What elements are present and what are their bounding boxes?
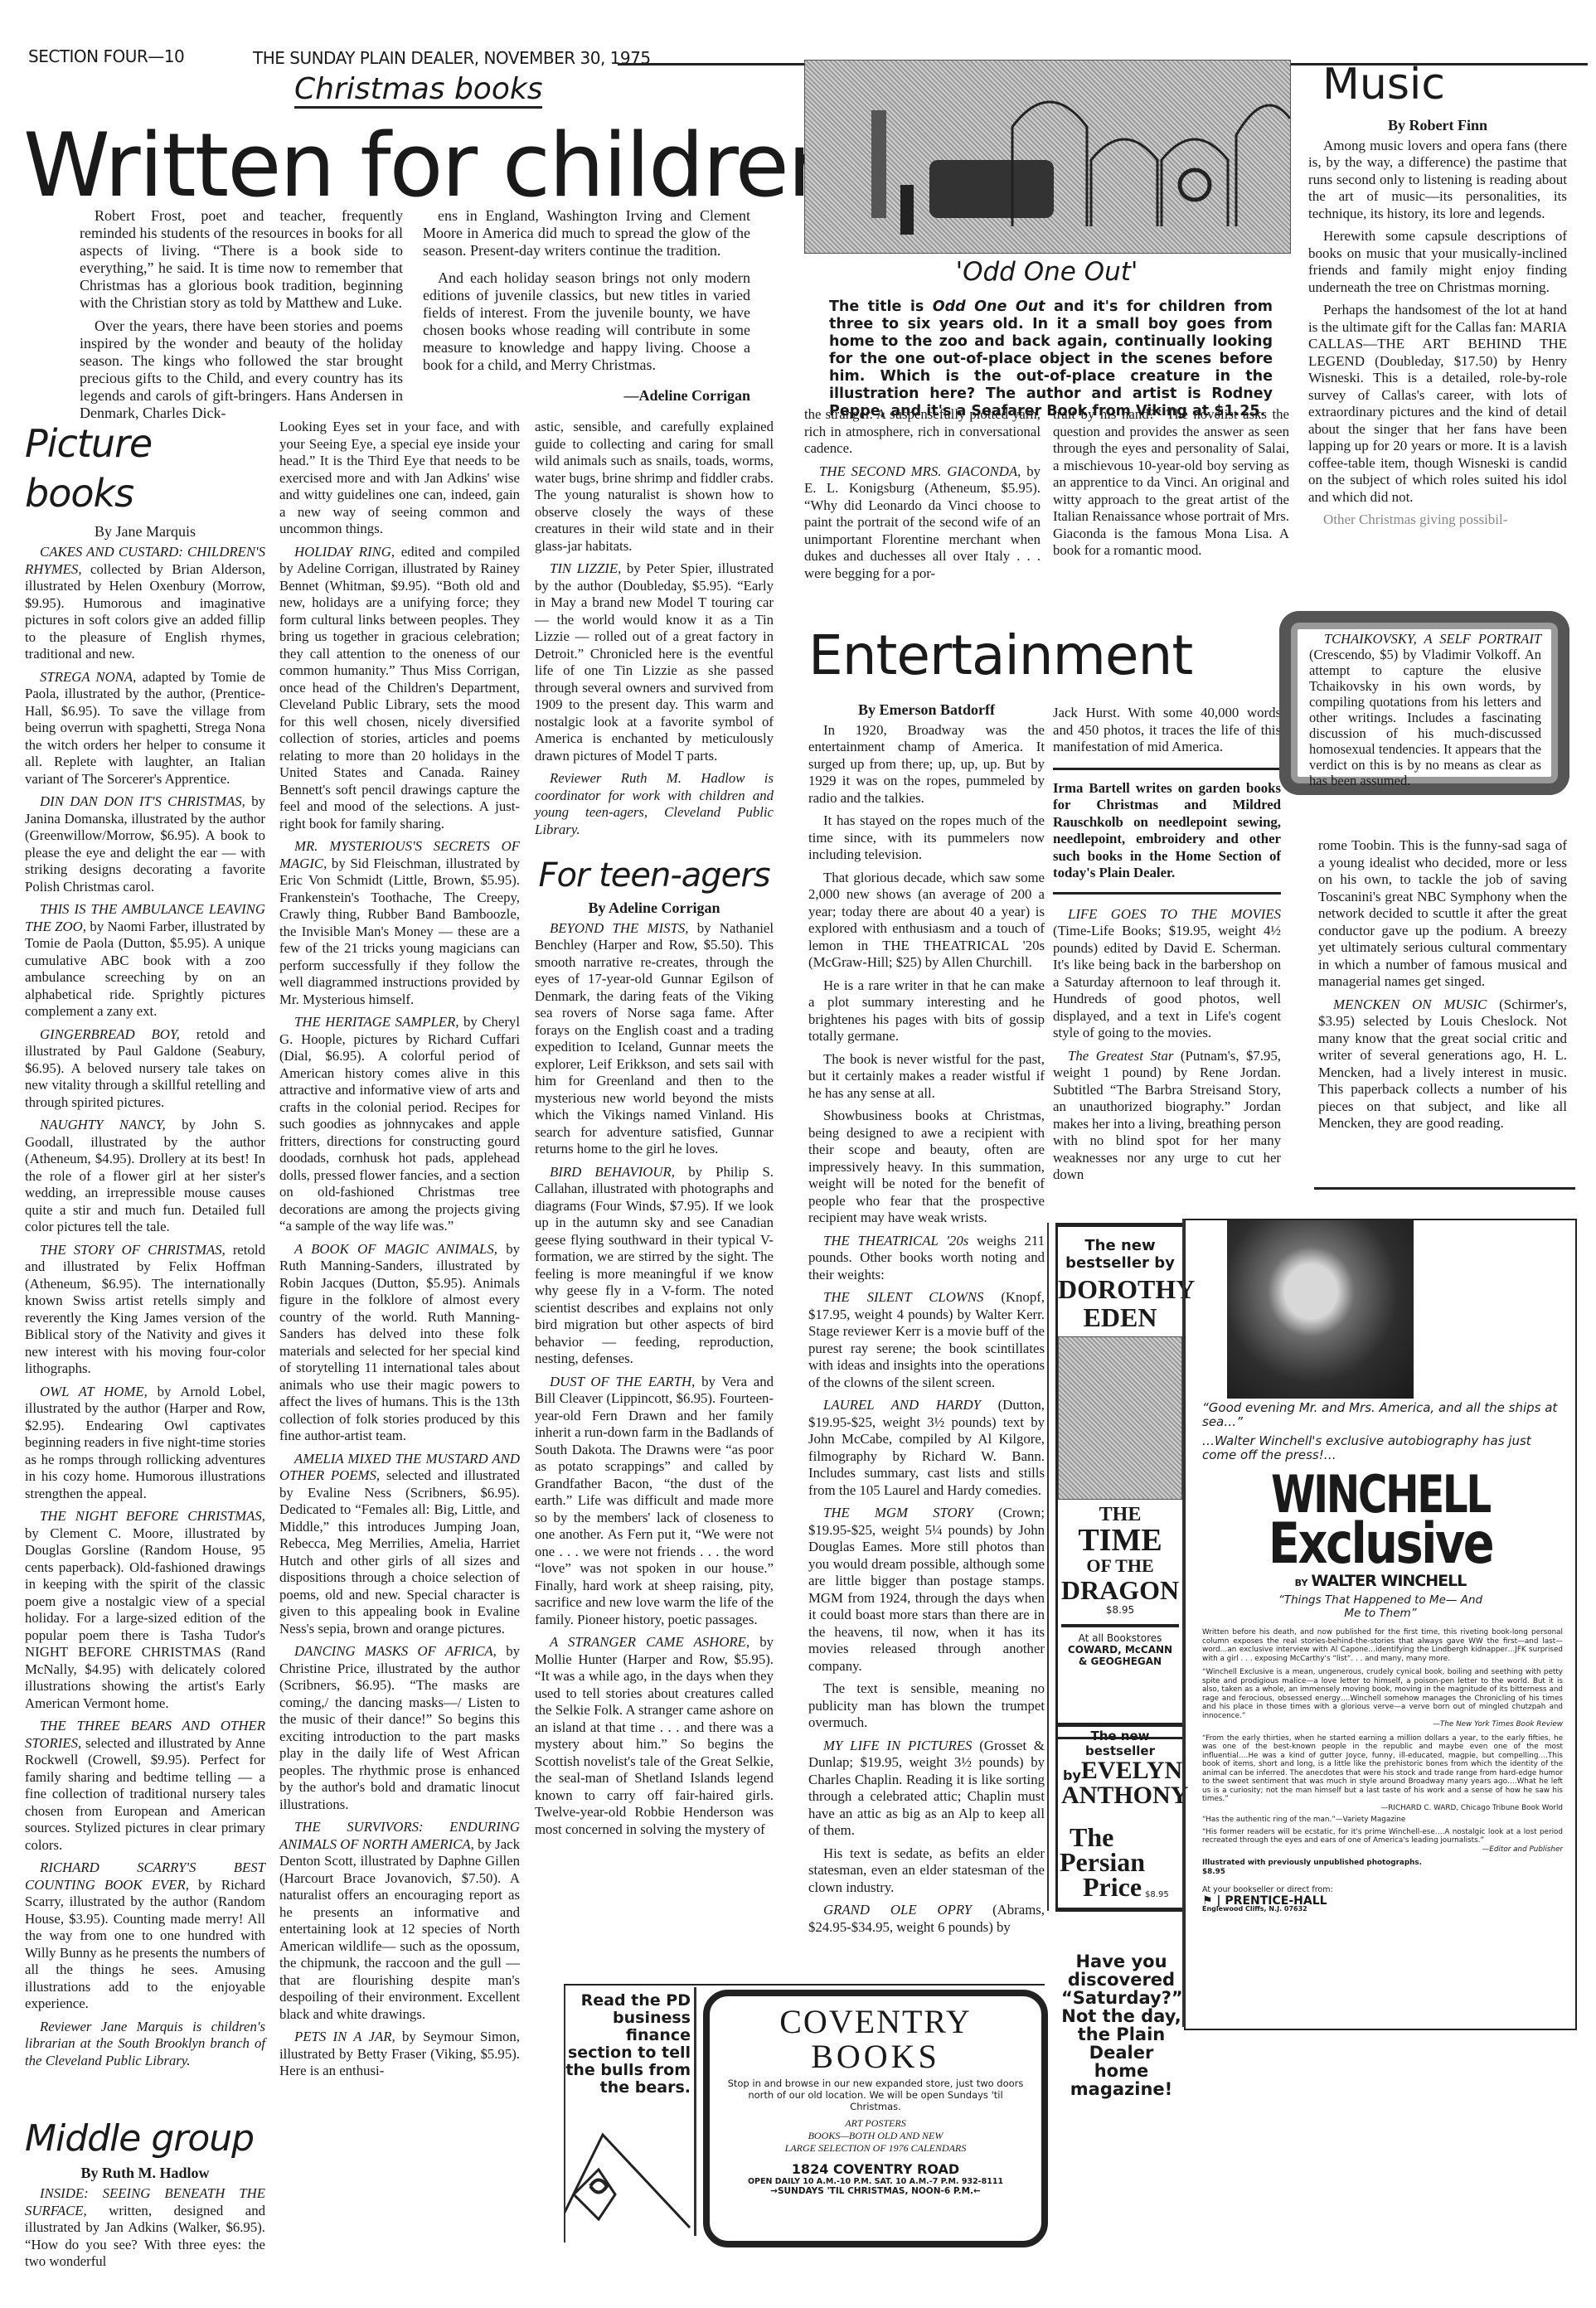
intro-column-2: ens in England, Washington Irving and Cl… bbox=[423, 207, 750, 405]
tchaikovsky-highlight-box: TCHAIKOVSKY, A SELF PORTRAIT (Crescendo,… bbox=[1279, 611, 1569, 795]
review-item: He is a rare writer in that he can make … bbox=[808, 977, 1045, 1045]
review-item: A BOOK OF MAGIC ANIMALS, by Ruth Manning… bbox=[279, 1241, 520, 1445]
picture-books-column-3: astic, sensible, and carefully explained… bbox=[535, 419, 774, 1844]
teenagers-byline: By Adeline Corrigan bbox=[535, 899, 774, 917]
music-column: By Robert Finn Among music lovers and op… bbox=[1308, 112, 1567, 535]
review-item: Herewith some capsule descriptions of bo… bbox=[1308, 228, 1567, 296]
review-item: DANCING MASKS OF AFRICA, by Christine Pr… bbox=[279, 1643, 520, 1813]
review-item: His text is sedate, as befits an elder s… bbox=[808, 1845, 1045, 1897]
review-item: DUST OF THE EARTH, by Vera and Bill Clea… bbox=[535, 1374, 774, 1629]
review-item: NAUGHTY NANCY, by John S. Goodall, illus… bbox=[25, 1117, 265, 1236]
evelyn-anthony-ad: The new bestseller by EVELYN ANTHONY The… bbox=[1055, 1723, 1185, 1912]
review-item: Looking Eyes set in your face, and with … bbox=[279, 419, 520, 538]
review-item: DIN DAN DON IT'S CHRISTMAS, by Janina Do… bbox=[25, 793, 265, 895]
prentice-hall-logo: ⚑ | PRENTICE-HALL bbox=[1202, 1897, 1563, 1906]
section-kicker: Christmas books bbox=[294, 73, 542, 109]
review-item: Showbusiness books at Christmas, being d… bbox=[808, 1108, 1045, 1227]
pd-business-ad: Read the PD business finance section to … bbox=[565, 1987, 696, 2236]
review-item: THE THREE BEARS AND OTHER STORIES, selec… bbox=[25, 1718, 265, 1854]
music-column-cont: rome Toobin. This is the funny-sad saga … bbox=[1318, 837, 1567, 1138]
middle-group-heading: Middle group bbox=[25, 2118, 265, 2160]
review-item: MY LIFE IN PICTURES (Grosset & Dunlap; $… bbox=[808, 1738, 1045, 1840]
review-item: THE SILENT CLOWNS (Knopf, $17.95, weight… bbox=[808, 1289, 1045, 1391]
review-item: Among music lovers and opera fans (there… bbox=[1308, 138, 1567, 223]
review-item: RICHARD SCARRY'S BEST COUNTING BOOK EVER… bbox=[25, 1859, 265, 2013]
intro-signature: —Adeline Corrigan bbox=[423, 387, 750, 405]
review-item: THE SURVIVORS: ENDURING ANIMALS OF NORTH… bbox=[279, 1819, 520, 2023]
review-item: GRAND OLE OPRY (Abrams, $24.95-$34.95, w… bbox=[808, 1902, 1045, 1936]
picture-books-heading: Picture books bbox=[25, 419, 265, 518]
review-item: It has stayed on the ropes much of the t… bbox=[808, 812, 1045, 864]
review-item: TCHAIKOVSKY, A SELF PORTRAIT (Crescendo,… bbox=[1309, 631, 1541, 788]
teenagers-section: For teen-agers By Adeline Corrigan BEYON… bbox=[535, 856, 774, 1838]
winchell-portrait bbox=[1227, 1220, 1414, 1399]
winchell-exclusive-ad: “Good evening Mr. and Mrs. America, and … bbox=[1184, 1219, 1577, 2030]
review-item: In 1920, Broadway was the entertainment … bbox=[808, 722, 1045, 807]
review-item: THE THEATRICAL '20s weighs 211 pounds. O… bbox=[808, 1233, 1045, 1284]
review-item: trait by his hand?” The novelist asks th… bbox=[1053, 406, 1289, 560]
review-item: TIN LIZZIE, by Peter Spier, illustrated … bbox=[535, 560, 774, 764]
review-item: AMELIA MIXED THE MUSTARD AND OTHER POEMS… bbox=[279, 1451, 520, 1638]
section-label: SECTION FOUR—10 bbox=[28, 46, 184, 66]
teenagers-cont-column-2: trait by his hand?” The novelist asks th… bbox=[1053, 406, 1289, 565]
paper-dateline: THE SUNDAY PLAIN DEALER, NOVEMBER 30, 19… bbox=[253, 48, 651, 68]
dorothy-eden-ad: The new bestseller by DOROTHY EDEN THE T… bbox=[1055, 1223, 1185, 1739]
review-item: HOLIDAY RING, edited and compiled by Ade… bbox=[279, 544, 520, 833]
entertainment-column-2: Jack Hurst. With some 40,000 words and 4… bbox=[1053, 705, 1281, 1190]
pagoda-illustration bbox=[1058, 1336, 1182, 1500]
review-item: CAKES AND CUSTARD: CHILDREN'S RHYMES, co… bbox=[25, 544, 265, 663]
review-item: THE SECOND MRS. GIACONDA, by E. L. Konig… bbox=[804, 463, 1041, 583]
review-item: Perhaps the handsomest of the lot at han… bbox=[1308, 302, 1567, 506]
picture-books-column-1: CAKES AND CUSTARD: CHILDREN'S RHYMES, co… bbox=[25, 544, 265, 2069]
review-item: MENCKEN ON MUSIC (Schirmer's, $3.95) sel… bbox=[1318, 996, 1567, 1132]
home-section-note: Irma Bartell writes on garden books for … bbox=[1053, 768, 1281, 895]
coventry-books-ad: COVENTRY BOOKS Stop in and browse in our… bbox=[703, 1990, 1048, 2247]
music-heading: Music bbox=[1322, 60, 1445, 109]
review-item: The book is never wistful for the past, … bbox=[808, 1051, 1045, 1103]
review-item: The Greatest Star (Putnam's, $7.95, weig… bbox=[1053, 1048, 1281, 1184]
review-item: rome Toobin. This is the funny-sad saga … bbox=[1318, 837, 1567, 991]
picture-books-section: Picture books By Jane Marquis CAKES AND … bbox=[25, 419, 265, 2075]
review-item: The text is sensible, meaning no publici… bbox=[808, 1680, 1045, 1732]
review-item: STREGA NONA, adapted by Tomie de Paola, … bbox=[25, 669, 265, 788]
review-item: Jack Hurst. With some 40,000 words and 4… bbox=[1053, 705, 1281, 756]
review-item: THE NIGHT BEFORE CHRISTMAS, by Clement C… bbox=[25, 1508, 265, 1712]
review-item: THE STORY OF CHRISTMAS, retold and illus… bbox=[25, 1242, 265, 1378]
picture-books-byline: By Jane Marquis bbox=[25, 523, 265, 541]
middle-group-section: Middle group By Ruth M. Hadlow INSIDE: S… bbox=[25, 2118, 265, 2276]
page-headline: Written for children bbox=[23, 116, 842, 216]
review-item: PETS IN A JAR, by Seymour Simon, illustr… bbox=[279, 2029, 520, 2080]
zoo-scene-icon bbox=[805, 61, 1290, 253]
music-byline: By Robert Finn bbox=[1308, 117, 1567, 134]
teenagers-heading: For teen-agers bbox=[535, 856, 774, 895]
review-item: BIRD BEHAVIOUR, by Philip S. Callahan, i… bbox=[535, 1164, 774, 1368]
reviewer-note: Reviewer Ruth M. Hadlow is coordinator f… bbox=[535, 770, 774, 838]
review-item: OWL AT HOME, by Arnold Lobel, illustrate… bbox=[25, 1384, 265, 1503]
intro-column-1: Robert Frost, poet and teacher, frequent… bbox=[80, 207, 403, 428]
review-item: THIS IS THE AMBULANCE LEAVING THE ZOO, b… bbox=[25, 901, 265, 1021]
middle-group-byline: By Ruth M. Hadlow bbox=[25, 2165, 265, 2182]
review-item: GINGERBREAD BOY, retold and illustrated … bbox=[25, 1026, 265, 1112]
entertainment-column-1: By Emerson Batdorff In 1920, Broadway wa… bbox=[808, 696, 1045, 1942]
reviewer-note: Reviewer Jane Marquis is children's libr… bbox=[25, 2019, 265, 2070]
review-item: LAUREL AND HARDY (Dutton, $19.95-$25, we… bbox=[808, 1397, 1045, 1499]
bull-bear-graphic-icon bbox=[565, 2128, 694, 2236]
review-item: the stranger. A suspensefully plotted ya… bbox=[804, 406, 1041, 458]
review-item: INSIDE: SEEING BENEATH THE SURFACE, writ… bbox=[25, 2185, 265, 2271]
review-item: THE MGM STORY (Crown; $19.95-$25, weight… bbox=[808, 1505, 1045, 1675]
odd-one-out-illustration bbox=[804, 60, 1291, 254]
review-item: That glorious decade, which saw some 2,0… bbox=[808, 870, 1045, 972]
review-item: A STRANGER CAME ASHORE, by Mollie Hunter… bbox=[535, 1634, 774, 1838]
photo-caption-text: The title is Odd One Out and it's for ch… bbox=[829, 298, 1273, 420]
review-item: THE HERITAGE SAMPLER, by Cheryl G. Hoopl… bbox=[279, 1014, 520, 1235]
review-item: BEYOND THE MISTS, by Nathaniel Benchley … bbox=[535, 920, 774, 1158]
review-item: LIFE GOES TO THE MOVIES (Time-Life Books… bbox=[1053, 906, 1281, 1042]
photo-caption-title: 'Odd One Out' bbox=[804, 257, 1289, 287]
saturday-magazine-ad: Have you discovered “Saturday?” Not the … bbox=[1061, 1952, 1181, 2098]
review-item: MR. MYSTERIOUS'S SECRETS OF MAGIC, by Si… bbox=[279, 838, 520, 1008]
entertainment-heading: Entertainment bbox=[808, 626, 1192, 686]
entertainment-byline: By Emerson Batdorff bbox=[808, 701, 1045, 719]
teenagers-cont-column-1: the stranger. A suspensefully plotted ya… bbox=[804, 406, 1041, 588]
review-item: astic, sensible, and carefully explained… bbox=[535, 419, 774, 555]
picture-books-column-2: Looking Eyes set in your face, and with … bbox=[279, 419, 520, 2086]
review-item: Other Christmas giving possibil- bbox=[1308, 512, 1567, 529]
